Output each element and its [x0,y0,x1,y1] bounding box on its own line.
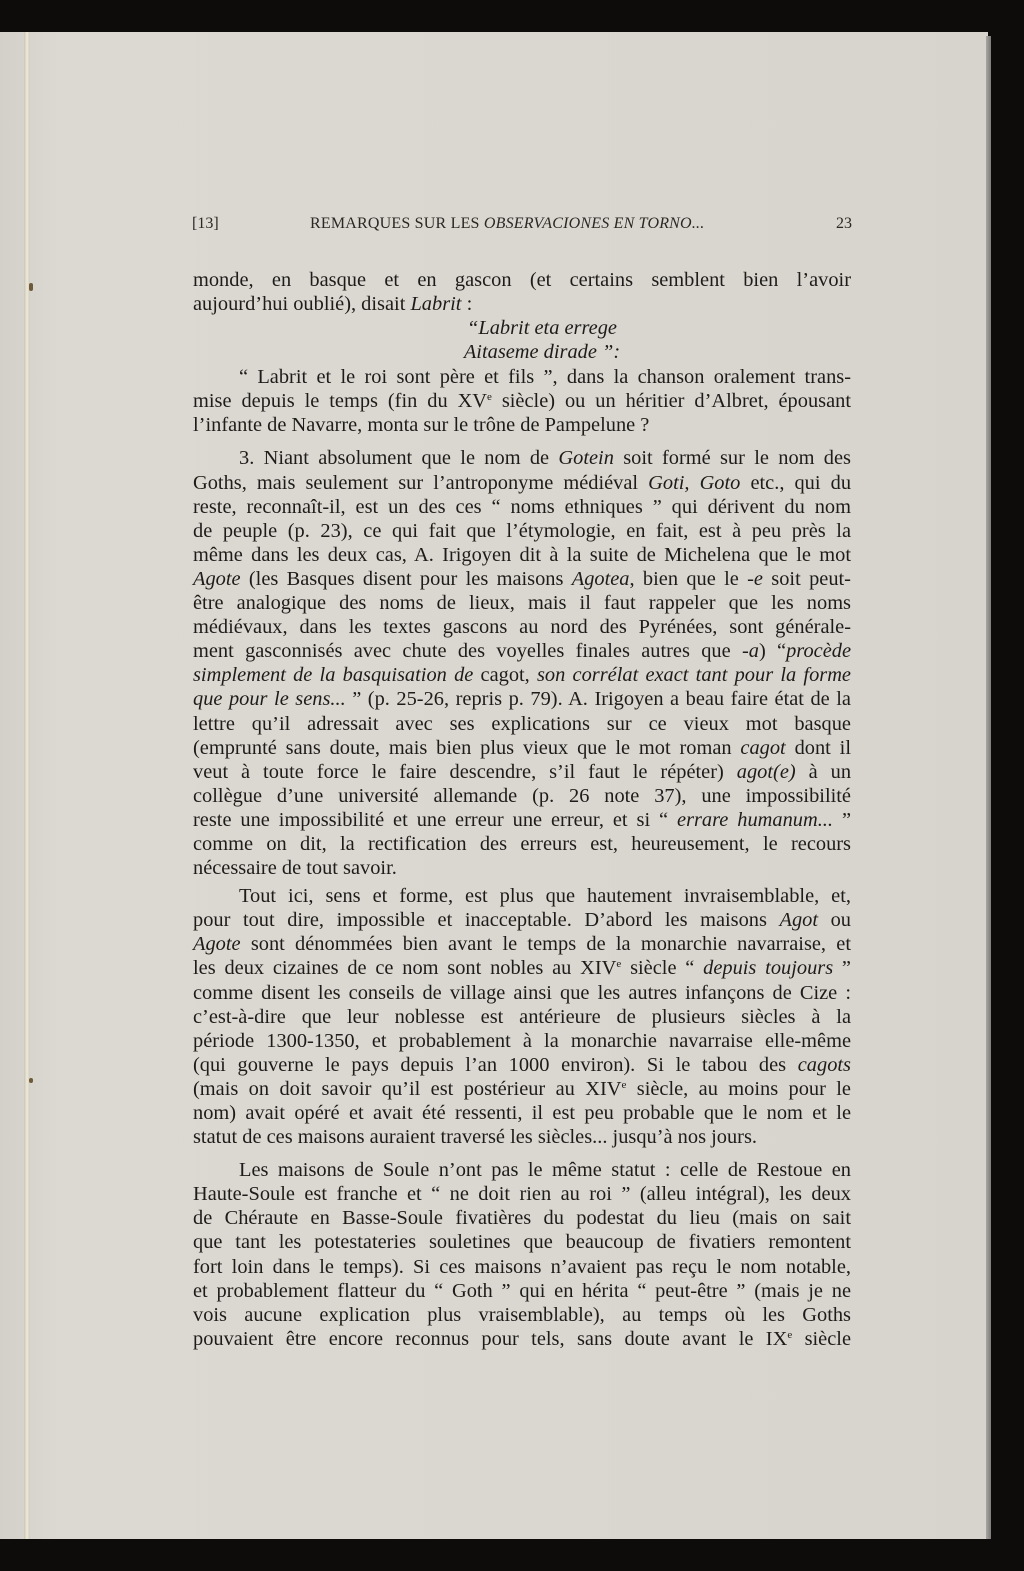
emphasis: Labrit [410,293,461,315]
body-text: monde, en basque et en gascon (et certai… [193,268,851,1351]
text-run: ” [833,957,851,979]
emphasis: que pour le sens... [193,688,346,710]
page-gutter-fold [24,32,30,1539]
text-line: Les maisons de Soule n’ont pas le même s… [193,1158,851,1182]
emphasis: errare humanum... [677,809,833,831]
text-line: Agote sont dénommées bien avant le temps… [193,932,851,956]
text-line: 3. Niant absolument que le nom de Gotein… [193,446,851,470]
text-line: médiévaux, dans les textes gascons au no… [193,615,851,639]
text-run: pouvaient être encore reconnus pour tels… [193,1328,787,1350]
text-line: lettre qu’il adressait avec ses explicat… [193,712,851,736]
text-run: sont dénommées bien avant le temps de la… [241,933,851,955]
text-line: “ Labrit et le roi sont père et fils ”, … [193,365,851,389]
folio-number: [13] [192,215,219,233]
text-line: ment gasconnisés avec chute des voyelles… [193,639,851,663]
text-run: cagot, [473,664,537,686]
text-run: ” [833,809,851,831]
text-line: c’est-à-dire que leur noblesse est antér… [193,1005,851,1029]
emphasis: agot(e) [737,761,796,783]
emphasis: -e [747,568,763,590]
paragraph-4: Tout ici, sens et forme, est plus que ha… [193,884,851,1149]
text-line: Haute-Soule est franche et “ ne doit rie… [193,1182,851,1206]
text-run: les deux cizaines de ce nom sont nobles … [193,957,616,979]
emphasis: -a [742,640,759,662]
text-run: siècle “ [621,957,703,979]
text-run: Goths, mais seulement sur l’antroponyme … [193,472,648,494]
spacer [193,437,851,446]
text-line: même dans les deux cas, A. Irigoyen dit … [193,543,851,567]
text-line: fort loin dans le temps). Si ces maisons… [193,1255,851,1279]
binding-mark [29,1078,33,1083]
text-run: (mais on doit savoir qu’il est postérieu… [193,1078,621,1100]
text-run: siècle [792,1328,851,1350]
text-run: dont il [786,737,851,759]
paragraph-5: Les maisons de Soule n’ont pas le même s… [193,1158,851,1351]
spacer [193,1149,851,1158]
binding-mark [29,283,33,291]
text-line: collègue d’une université allemande (p. … [193,784,851,808]
text-run: (emprunté sans doute, mais bien plus vie… [193,737,740,759]
text-line: veut à toute force le faire descendre, s… [193,760,851,784]
verse-line: Aitaseme dirade ”: [233,340,851,364]
text-line: comme disent les conseils de village ain… [193,981,851,1005]
text-line: mise depuis le temps (fin du XVe siècle)… [193,389,851,413]
text-line: reste, reconnaît-il, est un des ces “ no… [193,495,851,519]
running-header: [13] REMARQUES SUR LES OBSERVACIONES EN … [192,215,852,237]
text-line: statut de ces maisons auraient traversé … [193,1125,851,1149]
text-run: mise depuis le temps (fin du XV [193,390,487,412]
emphasis: simplement de la basquisation de [193,664,473,686]
text-line: Goths, mais seulement sur l’antroponyme … [193,471,851,495]
text-line: (mais on doit savoir qu’il est postérieu… [193,1077,851,1101]
text-run: siècle) ou un héritier d’Albret, épousan… [492,390,851,412]
emphasis: son corrélat exact tant pour la forme [537,664,851,686]
text-line: pour tout dire, impossible et inacceptab… [193,908,851,932]
text-run: soit peut- [763,568,851,590]
text-run: ment gasconnisés avec chute des voyelles… [193,640,742,662]
paragraph-2: “ Labrit et le roi sont père et fils ”, … [193,365,851,437]
emphasis: Agote [193,568,241,590]
emphasis: cagot [740,737,785,759]
paragraph-3: 3. Niant absolument que le nom de Gotein… [193,446,851,880]
running-title-roman: REMARQUES SUR LES [310,215,484,232]
text-run: reste une impossibilité et une erreur un… [193,809,677,831]
page-edge [986,36,991,1539]
text-run: , bien que le [630,568,748,590]
emphasis: Agote [193,933,241,955]
text-run: etc., qui du [740,472,851,494]
text-run: à un [796,761,851,783]
text-run: ou [818,909,851,931]
text-line: monde, en basque et en gascon (et certai… [193,268,851,292]
text-line: les deux cizaines de ce nom sont nobles … [193,956,851,980]
running-title-italic: OBSERVACIONES EN TORNO... [484,215,705,232]
text-line: aujourd’hui oublié), disait Labrit : [193,292,851,316]
text-line: période 1300-1350, et probablement à la … [193,1029,851,1053]
emphasis: procède [786,640,851,662]
running-title: REMARQUES SUR LES OBSERVACIONES EN TORNO… [310,215,704,233]
text-run: siècle, au moins pour le [626,1078,851,1100]
paragraph-1: monde, en basque et en gascon (et certai… [193,268,851,316]
text-line: nécessaire de tout savoir. [193,856,851,880]
text-line: de Chéraute en Basse-Soule fivatières du… [193,1206,851,1230]
text-run: (qui gouverne le pays depuis l’an 1000 e… [193,1054,798,1076]
verse-quote: “Labrit eta errege Aitaseme dirade ”: [193,316,851,364]
text-run: soit formé sur le nom des [614,447,851,469]
verse-line: “Labrit eta errege [233,316,851,340]
page-number: 23 [836,215,852,233]
text-line: reste une impossibilité et une erreur un… [193,808,851,832]
text-run: aujourd’hui oublié), disait [193,293,410,315]
text-line: comme on dit, la rectification des erreu… [193,832,851,856]
text-run: 3. Niant absolument que le nom de [239,447,558,469]
text-run: : [461,293,472,315]
text-run: pour tout dire, impossible et inacceptab… [193,909,780,931]
text-line: Tout ici, sens et forme, est plus que ha… [193,884,851,908]
text-line: de peuple (p. 23), ce qui fait que l’éty… [193,519,851,543]
emphasis: cagots [798,1054,851,1076]
text-run: ” (p. 25-26, repris p. 79). A. Irigoyen … [346,688,851,710]
emphasis: depuis toujours [703,957,833,979]
text-run: ) “ [759,640,786,662]
text-line: que pour le sens... ” (p. 25-26, repris … [193,687,851,711]
text-line: simplement de la basquisation de cagot, … [193,663,851,687]
text-line: et probablement flatteur du “ Goth ” qui… [193,1279,851,1303]
text-run: (les Basques disent pour les maisons [241,568,572,590]
text-line: (qui gouverne le pays depuis l’an 1000 e… [193,1053,851,1077]
emphasis: Agotea [572,568,630,590]
text-line: pouvaient être encore reconnus pour tels… [193,1327,851,1351]
emphasis: Goti, Goto [648,472,740,494]
text-line: l’infante de Navarre, monta sur le trône… [193,413,851,437]
emphasis: Gotein [558,447,614,469]
emphasis: Agot [780,909,819,931]
text-line: vois aucune explication plus vraisemblab… [193,1303,851,1327]
text-run: veut à toute force le faire descendre, s… [193,761,737,783]
text-line: (emprunté sans doute, mais bien plus vie… [193,736,851,760]
text-line: nom) avait opéré et avait été ressenti, … [193,1101,851,1125]
text-line: que tant les potestateries souletines qu… [193,1230,851,1254]
text-line: être analogique des noms de lieux, mais … [193,591,851,615]
text-line: Agote (les Basques disent pour les maiso… [193,567,851,591]
